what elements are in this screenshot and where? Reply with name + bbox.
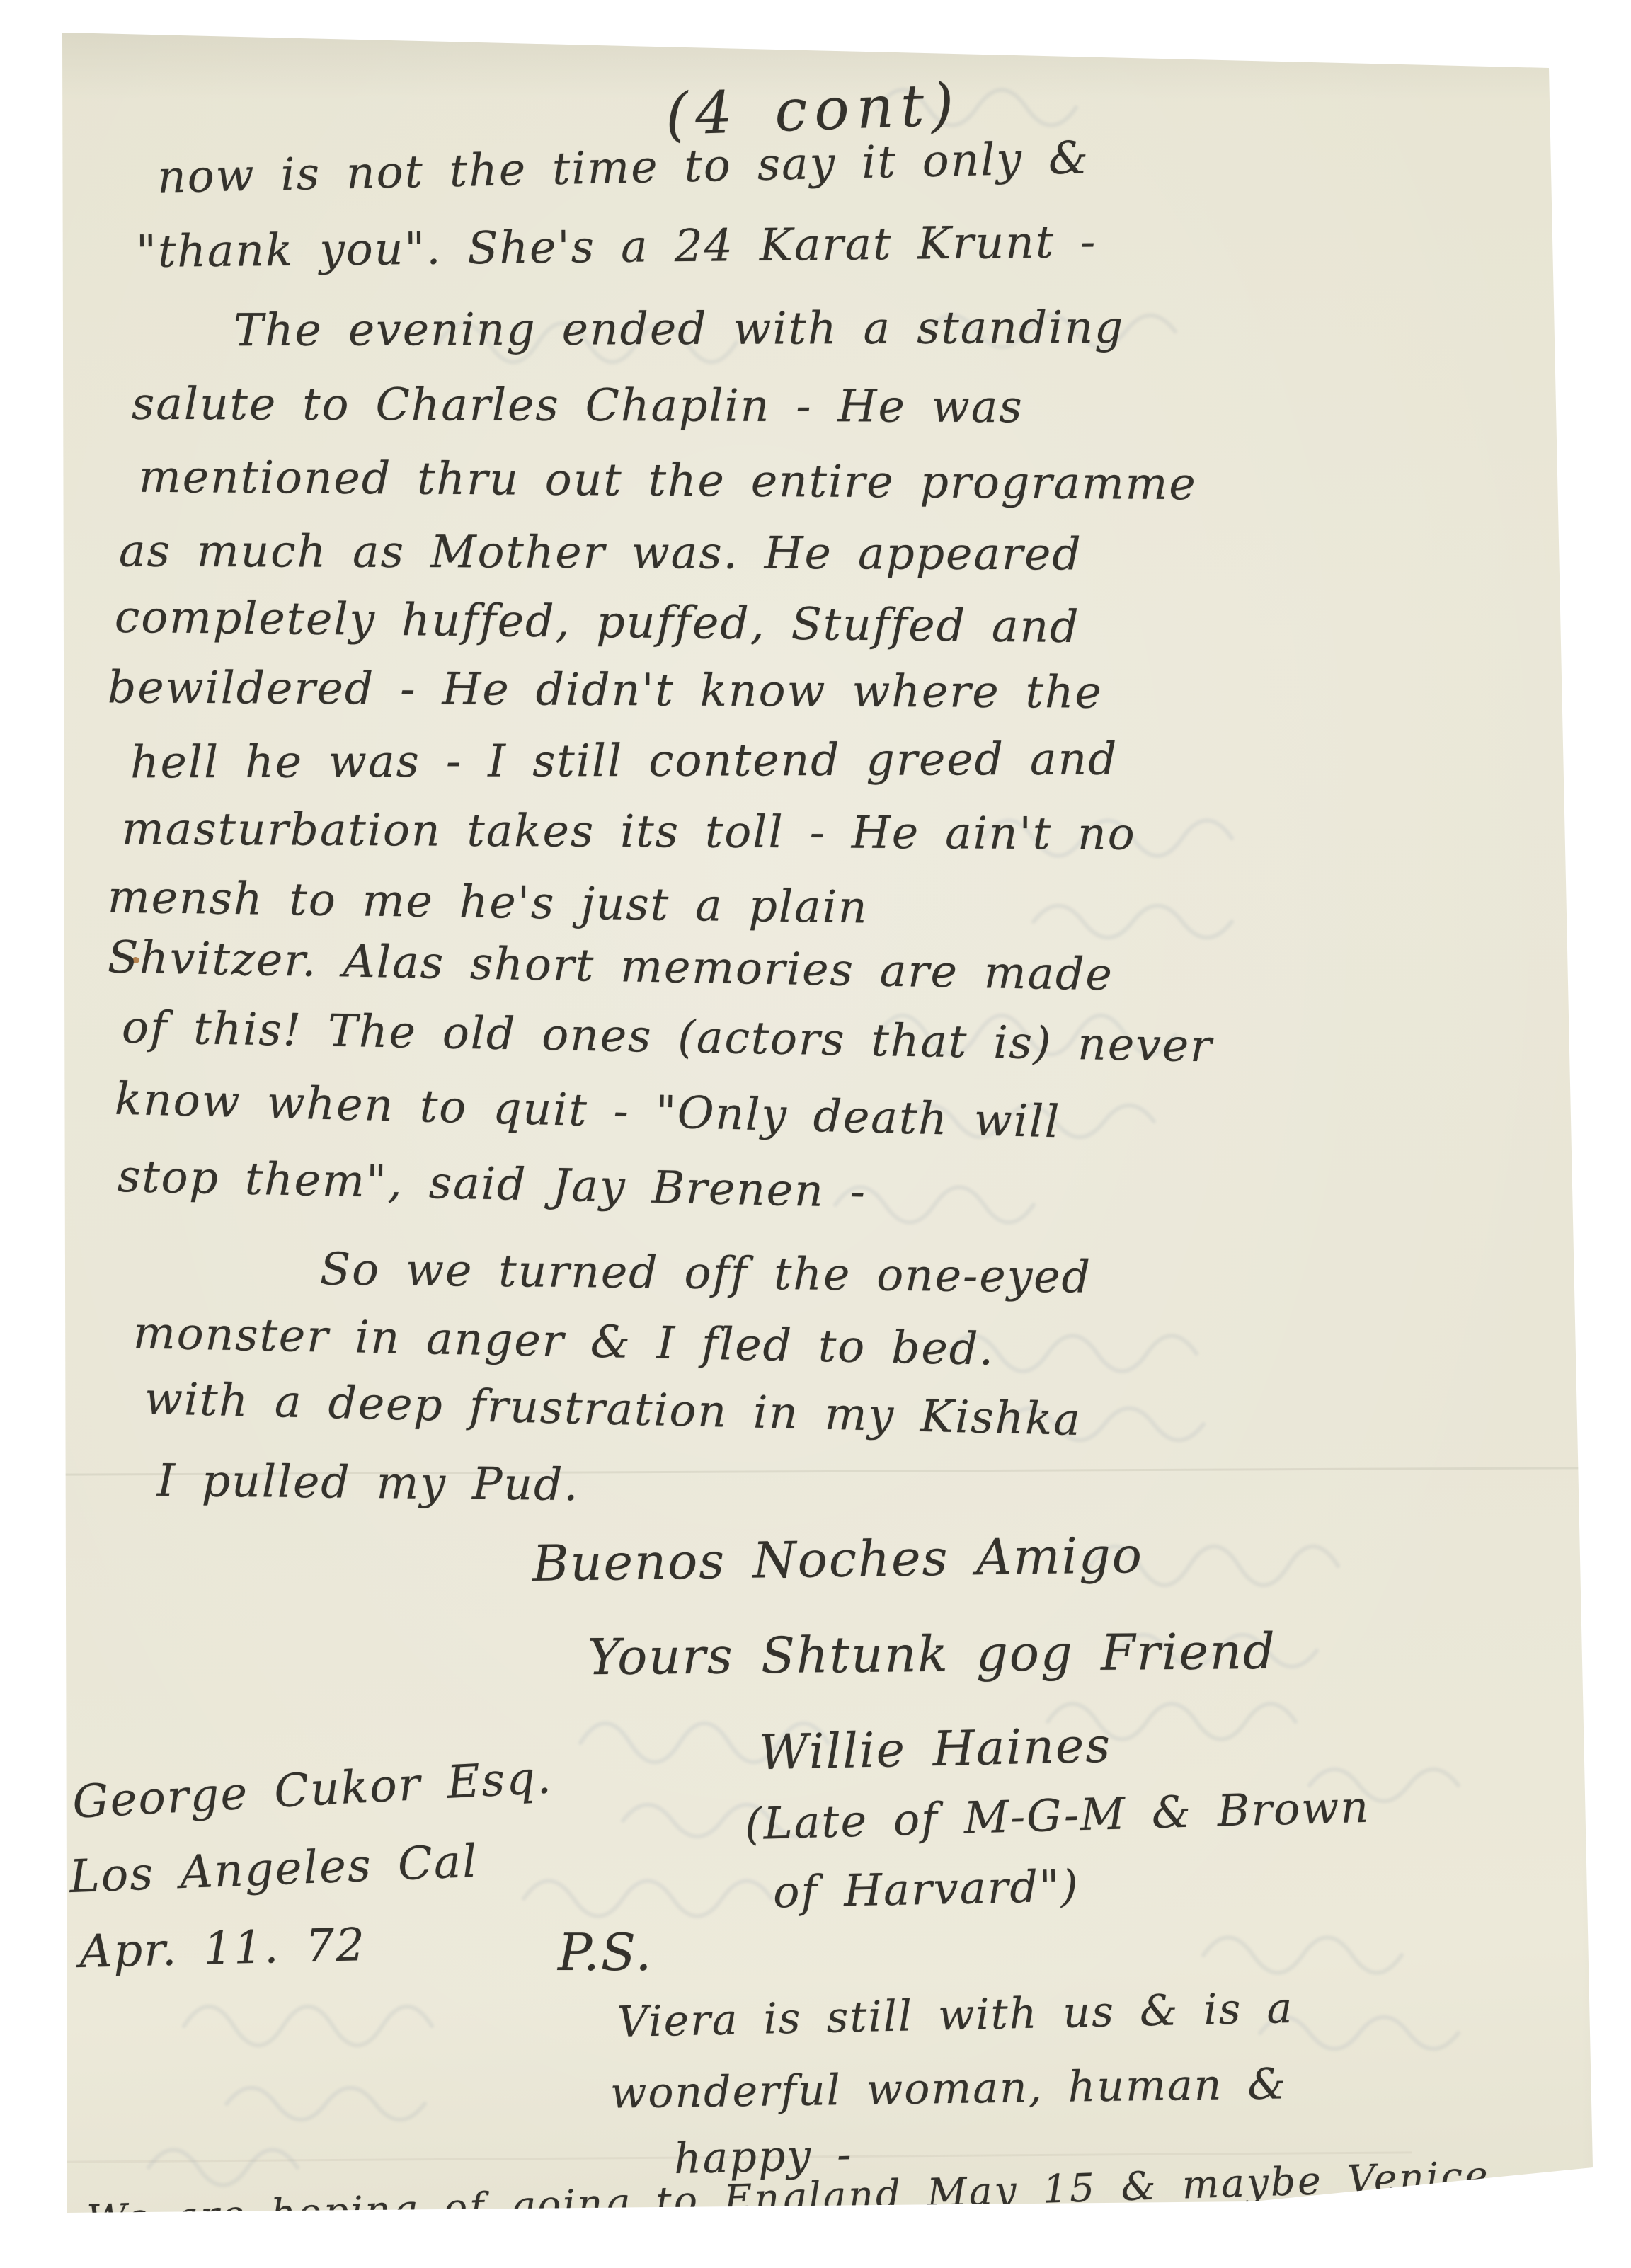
- closing-signoff: Yours Shtunk gog Friend: [588, 1622, 1276, 1686]
- handwriting-line: bewildered - He didn't know where the: [108, 661, 1103, 718]
- closing-salutation: Buenos Noches Amigo: [532, 1526, 1143, 1593]
- handwriting-line: masturbation takes its toll - He ain't n…: [122, 803, 1136, 860]
- postscript-footer-line2: in June.: [1358, 2187, 1513, 2230]
- handwriting-line: mentioned thru out the entire programme: [139, 451, 1197, 510]
- handwriting-line: So we turned off the one-eyed: [320, 1243, 1092, 1302]
- handwriting-line: I pulled my Pud.: [157, 1455, 580, 1511]
- handwriting-line: salute to Charles Chaplin - He was: [132, 378, 1024, 433]
- signature: Willie Haines: [758, 1718, 1112, 1781]
- handwriting-line: mensh to me he's just a plain: [108, 871, 869, 934]
- handwriting-line: hell he was - I still contend greed and: [130, 733, 1118, 789]
- signature-note-line2: of Harvard"): [772, 1860, 1080, 1918]
- postscript-label: P.S.: [558, 1923, 653, 1982]
- postscript-line: wonderful woman, human &: [610, 2059, 1288, 2118]
- handwriting-line: as much as Mother was. He appeared: [119, 525, 1082, 580]
- handwriting-line: completely huffed, puffed, Stuffed and: [115, 591, 1080, 653]
- scanned-letter-page: (4 cont) now is not the time to say it o…: [0, 0, 1631, 2268]
- handwriting-line: "thank you". She's a 24 Karat Krunt -: [136, 216, 1097, 277]
- handwriting-line: The evening ended with a standing: [234, 302, 1125, 356]
- letter-paper: (4 cont) now is not the time to say it o…: [0, 0, 1631, 2268]
- address-date: Apr. 11. 72: [79, 1919, 367, 1978]
